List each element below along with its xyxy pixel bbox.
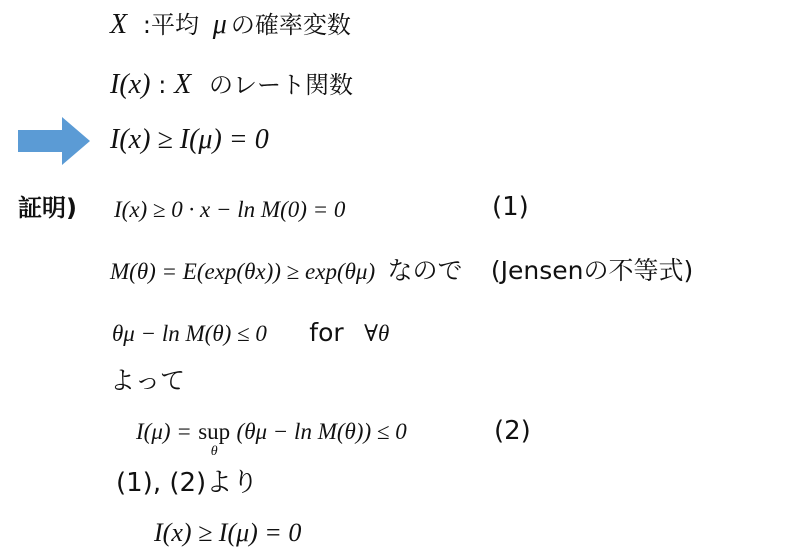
- supremum-subscript: θ: [211, 445, 218, 459]
- equation-tag-1: (1): [492, 194, 529, 220]
- proof-step-3: θμ − ln M(θ) ≤ 0 for ∀θ: [112, 320, 389, 345]
- math-x: X: [174, 69, 191, 100]
- text-mean: 平均: [151, 11, 199, 39]
- proof-step-1: I(x) ≥ 0 · x − ln M(0) = 0: [114, 198, 345, 221]
- equation-tag-2: (2): [494, 418, 531, 444]
- math-ix: I(x): [110, 69, 150, 100]
- text-rate-function: のレート関数: [209, 71, 353, 99]
- text-hence: よって: [110, 368, 185, 393]
- math-sup-argument: (θμ − ln M(θ)) ≤ 0: [237, 419, 407, 444]
- proof-step-5: I(μ) = sup θ (θμ − ln M(θ)) ≤ 0: [136, 420, 407, 459]
- jensen-inequality: M(θ) = E(exp(θx)) ≥ exp(θμ): [110, 259, 375, 284]
- text-for: for: [309, 318, 343, 347]
- colon: :: [158, 71, 166, 99]
- jensen-note: (Jensenの不等式): [491, 256, 693, 285]
- definition-rate-function: I(x) : X のレート関数: [110, 70, 353, 99]
- text-therefore: なので: [388, 256, 463, 285]
- conclusion-statement: I(x) ≥ I(μ) = 0: [110, 126, 269, 154]
- proof-label: 証明): [18, 196, 77, 220]
- definition-random-variable: X :平均 μの確率変数: [110, 10, 351, 39]
- proof-step-2: M(θ) = E(exp(θx)) ≥ exp(θμ) なので (Jensenの…: [110, 258, 693, 283]
- text-random-variable: の確率変数: [231, 11, 351, 39]
- text-from-1-2: (1), (2)より: [116, 470, 258, 496]
- forall-theta: ∀θ: [364, 321, 389, 346]
- math-x: X: [110, 9, 127, 40]
- supremum-operator: sup θ: [198, 420, 230, 459]
- math-i-mu: I(μ) =: [136, 419, 192, 444]
- arrow-right-icon: [18, 117, 90, 165]
- inequality-theta: θμ − ln M(θ) ≤ 0: [112, 321, 267, 346]
- math-mu: μ: [213, 9, 227, 40]
- proof-conclusion: I(x) ≥ I(μ) = 0: [154, 520, 301, 546]
- colon: :: [143, 11, 151, 39]
